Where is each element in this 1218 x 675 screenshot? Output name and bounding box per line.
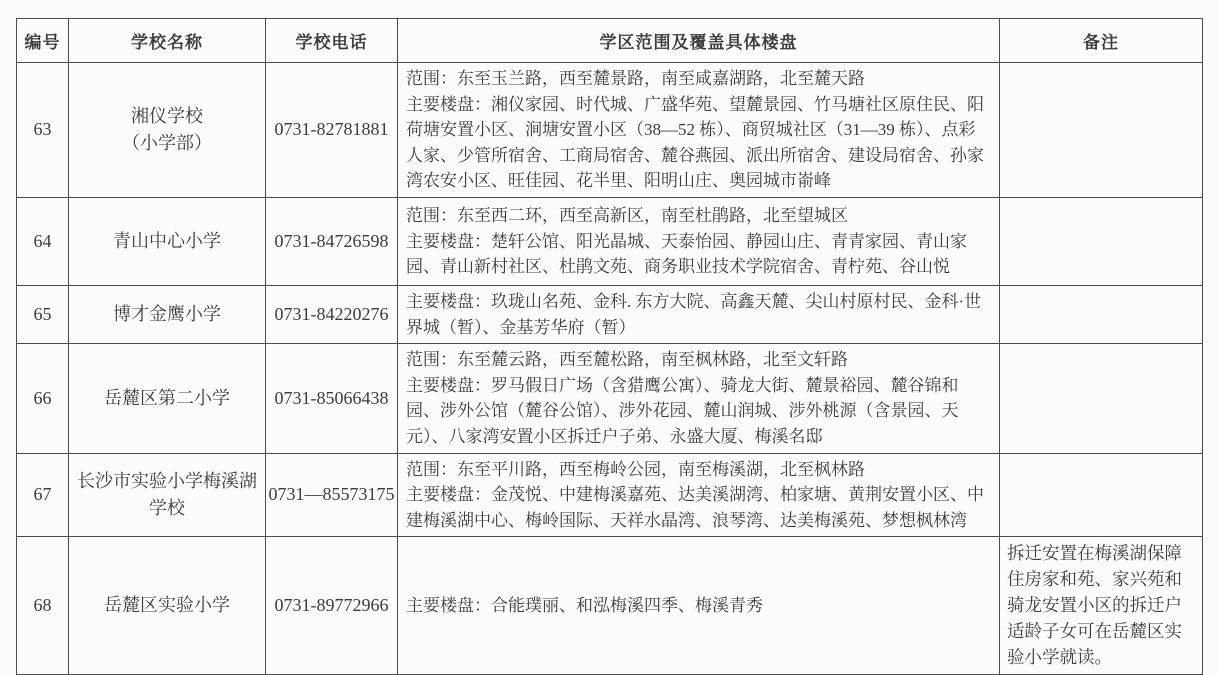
- cell-school-name: 岳麓区第二小学: [69, 344, 266, 453]
- cell-district-scope: 主要楼盘：合能璞丽、和泓梅溪四季、梅溪青秀: [398, 537, 1000, 648]
- cell-id: 67: [17, 453, 69, 537]
- header-district-scope: 学区范围及覆盖具体楼盘: [398, 19, 1000, 63]
- table-row: 66 岳麓区第二小学 0731-85066438 范围：东至麓云路，西至麓松路，…: [17, 344, 1203, 453]
- table-row: 63 湘仪学校 （小学部） 0731-82781881 范围：东至玉兰路，西至麓…: [17, 63, 1203, 198]
- header-school-phone: 学校电话: [266, 19, 398, 63]
- cell-school-phone: 0731-84726598: [266, 197, 398, 285]
- cell-school-name: 青山中心小学: [69, 197, 266, 285]
- header-school-name: 学校名称: [69, 19, 266, 63]
- table-row: 68 岳麓区实验小学 0731-89772966 主要楼盘：合能璞丽、和泓梅溪四…: [17, 537, 1203, 648]
- cell-remark: [1000, 344, 1203, 453]
- cell-remark: [1000, 285, 1203, 343]
- cell-remark: [1000, 453, 1203, 537]
- cell-remark: 拆迁安置在梅溪湖保障住房家和苑、家兴苑和骑龙安置小区的拆迁户适龄子女可在岳麓区实…: [1000, 537, 1203, 648]
- cell-school-phone: 0731—85573175: [266, 453, 398, 537]
- table-row: 64 青山中心小学 0731-84726598 范围：东至西二环，西至高新区，南…: [17, 197, 1203, 285]
- header-remark: 备注: [1000, 19, 1203, 63]
- school-district-table: 编号 学校名称 学校电话 学区范围及覆盖具体楼盘 备注 63 湘仪学校 （小学部…: [16, 18, 1203, 648]
- cell-district-scope: 范围：东至平川路，西至梅岭公园，南至梅溪湖，北至枫林路 主要楼盘：金茂悦、中建梅…: [398, 453, 1000, 537]
- cell-district-scope: 主要楼盘：玖珑山名苑、金科. 东方大院、高鑫天麓、尖山村原村民、金科·世界城（暂…: [398, 285, 1000, 343]
- cell-district-scope: 范围：东至西二环，西至高新区，南至杜鹃路，北至望城区 主要楼盘：楚轩公馆、阳光晶…: [398, 197, 1000, 285]
- cell-remark: [1000, 197, 1203, 285]
- cell-id: 68: [17, 537, 69, 648]
- cell-school-name: 长沙市实验小学梅溪湖学校: [69, 453, 266, 537]
- cell-id: 63: [17, 63, 69, 198]
- table-row: 67 长沙市实验小学梅溪湖学校 0731—85573175 范围：东至平川路，西…: [17, 453, 1203, 537]
- cell-district-scope: 范围：东至麓云路，西至麓松路，南至枫林路，北至文轩路 主要楼盘：罗马假日广场（含…: [398, 344, 1000, 453]
- cell-remark: [1000, 63, 1203, 198]
- table-header-row: 编号 学校名称 学校电话 学区范围及覆盖具体楼盘 备注: [17, 19, 1203, 63]
- cell-school-phone: 0731-85066438: [266, 344, 398, 453]
- cell-school-name: 博才金鹰小学: [69, 285, 266, 343]
- cell-id: 66: [17, 344, 69, 453]
- cell-school-phone: 0731-89772966: [266, 537, 398, 648]
- table-row: 65 博才金鹰小学 0731-84220276 主要楼盘：玖珑山名苑、金科. 东…: [17, 285, 1203, 343]
- cell-district-scope: 范围：东至玉兰路，西至麓景路，南至咸嘉湖路，北至麓天路 主要楼盘：湘仪家园、时代…: [398, 63, 1000, 198]
- cell-id: 64: [17, 197, 69, 285]
- cell-school-name: 岳麓区实验小学: [69, 537, 266, 648]
- cell-school-phone: 0731-84220276: [266, 285, 398, 343]
- header-id: 编号: [17, 19, 69, 63]
- cell-school-name: 湘仪学校 （小学部）: [69, 63, 266, 198]
- cell-school-phone: 0731-82781881: [266, 63, 398, 198]
- cell-id: 65: [17, 285, 69, 343]
